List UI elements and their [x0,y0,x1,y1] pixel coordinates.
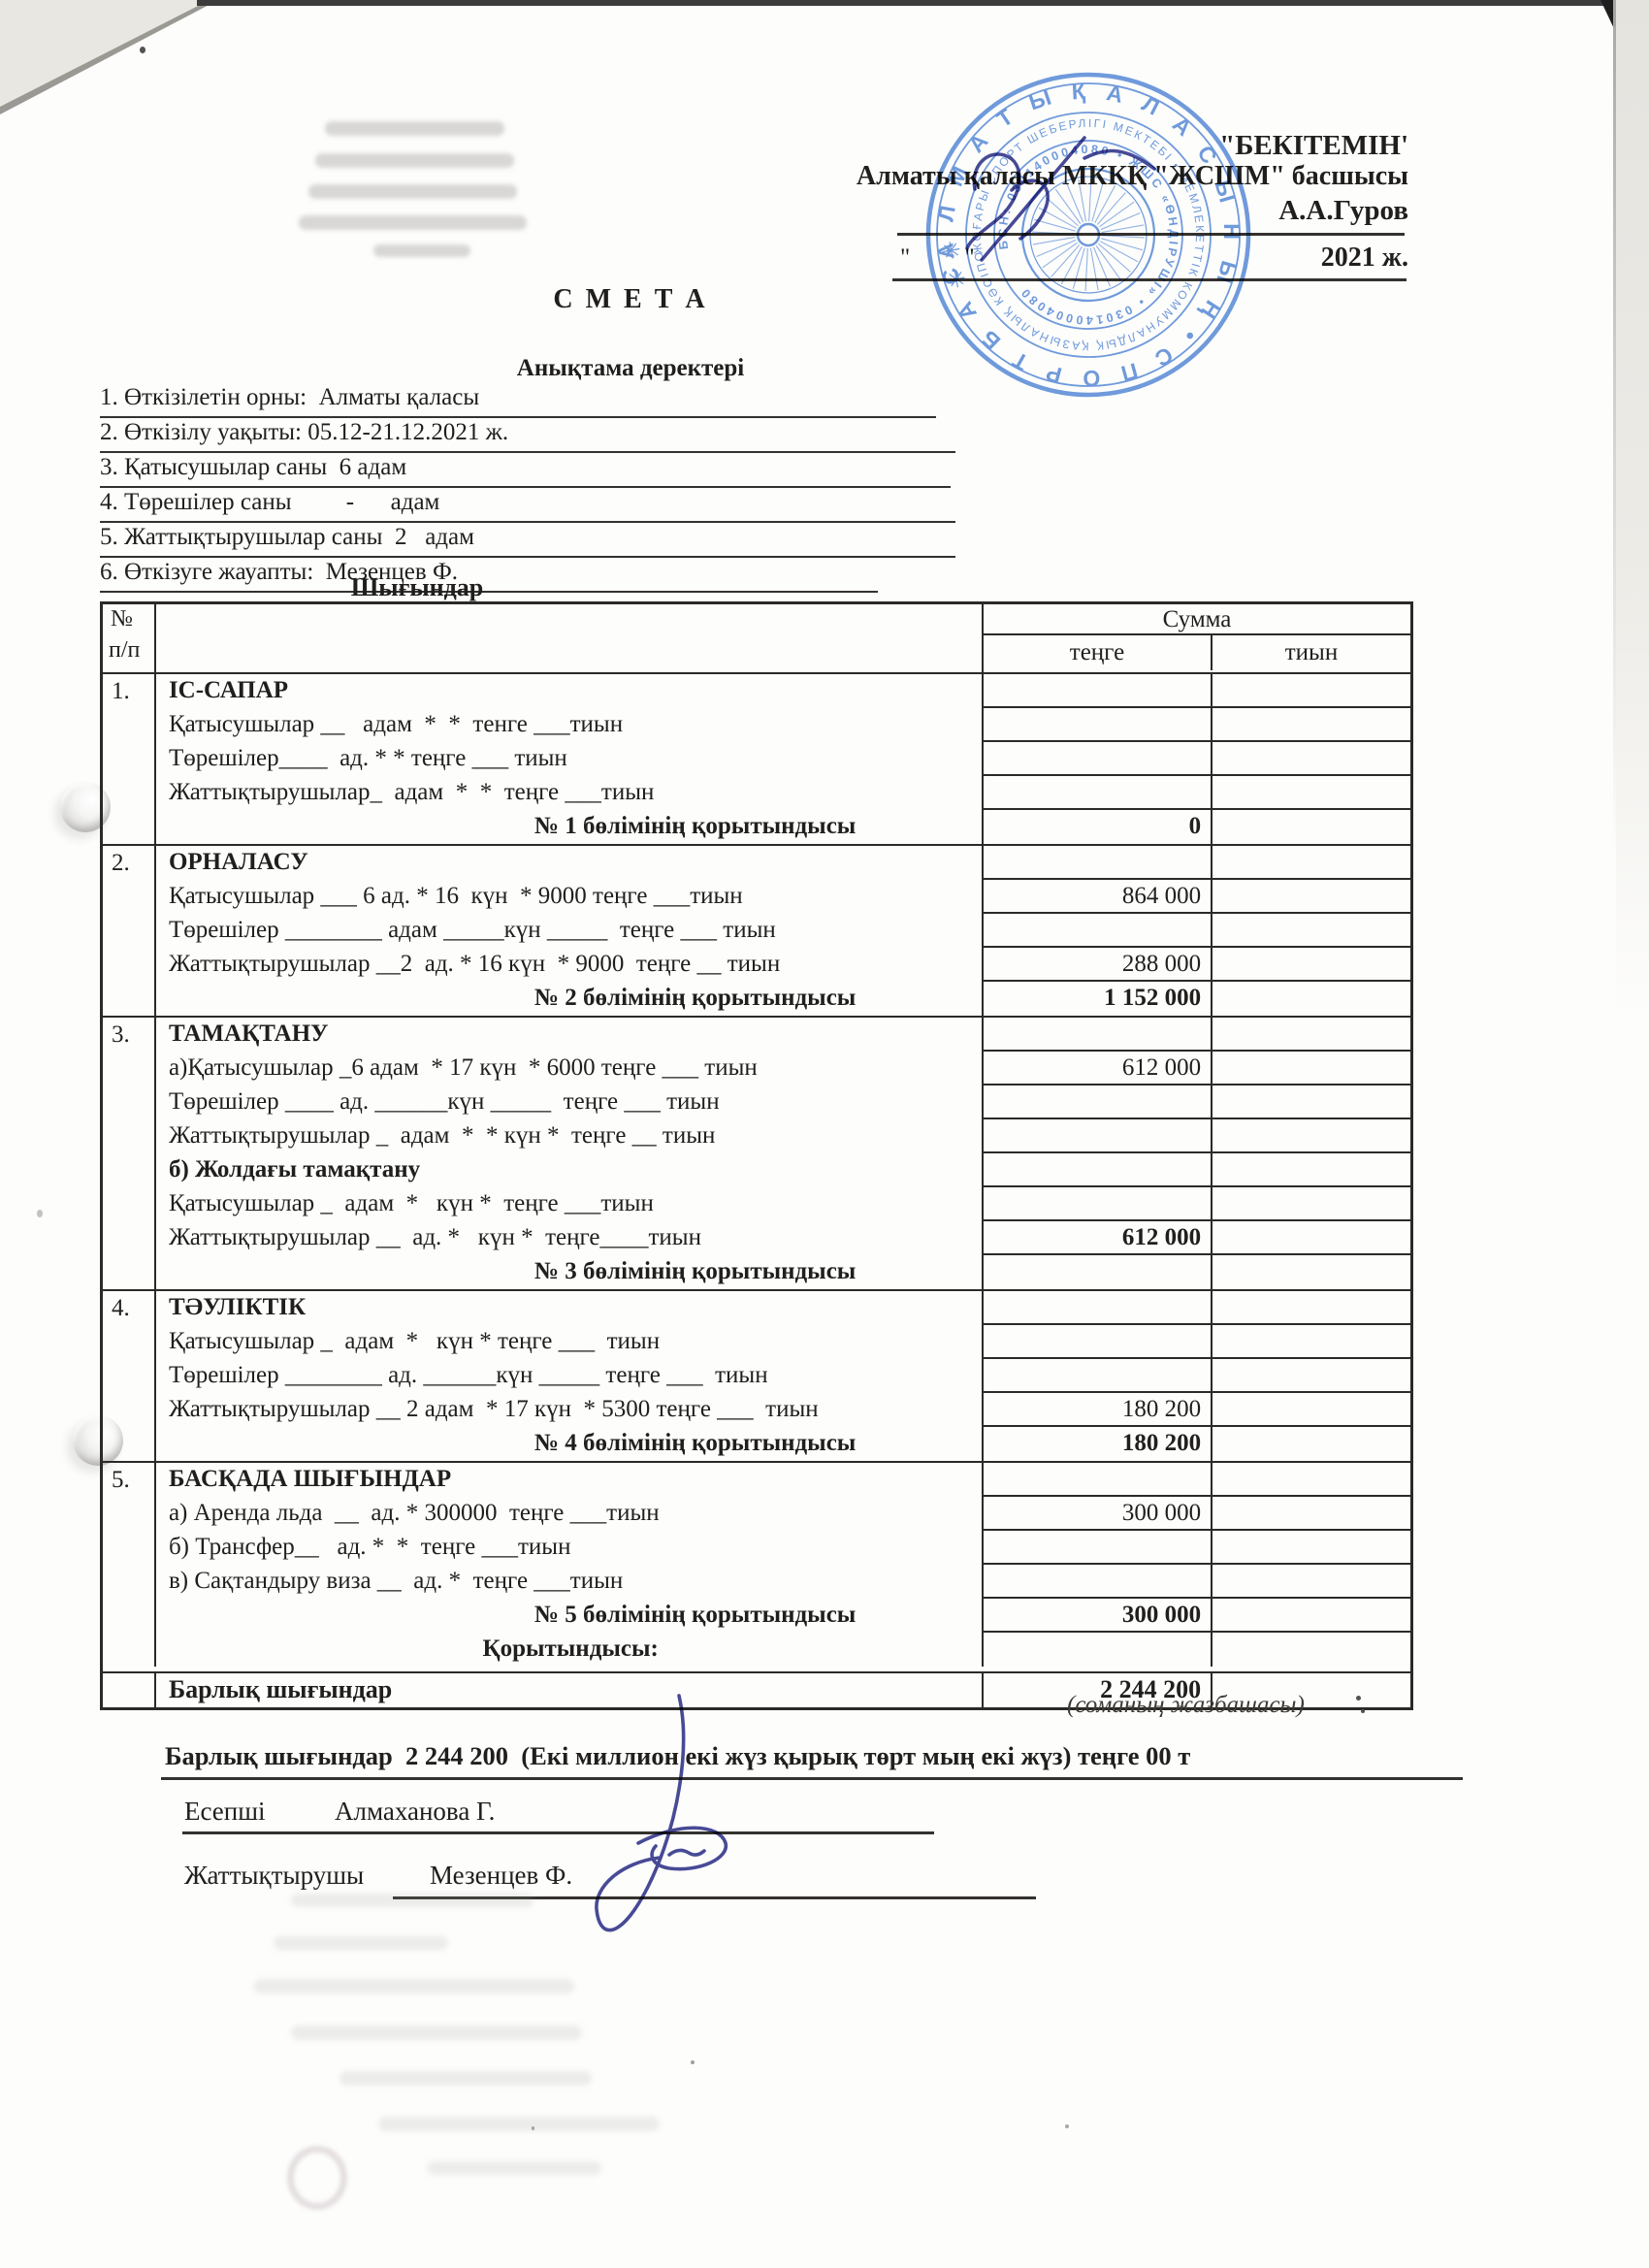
amount-tenge: 864 000 [984,880,1211,914]
amount-tiyn [1212,1359,1410,1393]
amount-tiyn [1212,1497,1410,1531]
amount-tenge [984,1565,1211,1599]
amount-tiyn [1212,1221,1410,1255]
bleed-through-artifact [373,244,470,257]
reference-item: 4. Төрешілер саны - адам [100,488,955,523]
section-tenge-cell: 0 [984,674,1212,844]
section-number: 3. [103,1018,156,1289]
expense-line: № 5 бөлімінің қорытындысы [156,1599,982,1633]
bleed-through-artifact [254,1979,574,1993]
amount-tenge [984,1463,1211,1497]
bleed-through-artifact [427,2161,601,2175]
expense-line: Жаттықтырушылар_ адам * * теңге ___тиын [156,776,982,810]
section-number-text: 1. [103,674,154,705]
section-tenge-cell: 180 200180 200 [984,1291,1212,1461]
scanner-edge-bar [197,0,1605,6]
section-number: 5. [103,1463,156,1667]
amount-tiyn [1212,1599,1410,1633]
amount-tenge [984,742,1211,776]
expenses-heading: Шығындар [330,573,504,602]
amount-tiyn [1212,708,1410,742]
reference-item: 3. Қатысушылар саны 6 адам [100,453,951,488]
amount-tiyn [1212,948,1410,982]
table-section: 3.ТАМАҚТАНУа)Қатысушылар _6 адам * 17 кү… [103,1018,1410,1291]
scanned-document-page: "БЕКІТЕМІН' Алматы қаласы МККҚ "ЖСШМ" ба… [0,0,1649,2268]
amount-tenge: 288 000 [984,948,1211,982]
amount-tenge [984,1325,1211,1359]
reference-heading: Анықтама деректері [466,355,795,382]
amount-tiyn [1212,1291,1410,1325]
amount-tenge [984,1153,1211,1187]
trainer-label: Жаттықтырушы [184,1861,364,1891]
expense-line: № 2 бөлімінің қорытындысы [156,982,982,1016]
expense-line: Қатысушылар _ адам * күн * теңге ___ тиы… [156,1325,982,1359]
expense-line: БАСҚАДА ШЫҒЫНДАР [156,1463,982,1497]
expense-line: № 1 бөлімінің қорытындысы [156,810,982,844]
footer-total-underline [161,1777,1463,1780]
table-section: 5.БАСҚАДА ШЫҒЫНДАРа) Аренда льда __ ад. … [103,1463,1410,1667]
amount-tenge [984,1633,1211,1667]
amount-tenge: 1 152 000 [984,982,1211,1016]
section-description-cell: ІС-САПАРҚатысушылар __ адам * * тенге __… [156,674,984,844]
expense-line: а)Қатысушылар _6 адам * 17 күн * 6000 те… [156,1052,982,1085]
expense-line: № 4 бөлімінің қорытындысы [156,1427,982,1461]
amount-tenge: 300 000 [984,1497,1211,1531]
bleed-through-artifact [274,1936,448,1950]
ink-dot [1361,1709,1365,1713]
amount-tiyn [1212,914,1410,948]
amount-tiyn [1212,810,1410,844]
amount-tenge: 0 [984,810,1211,844]
section-number: 4. [103,1291,156,1461]
section-tiyn-cell [1212,846,1410,1016]
amount-tiyn [1212,1255,1410,1289]
expense-line: в) Сақтандыру виза __ ад. * теңге ___тиы… [156,1565,982,1599]
bleed-through-artifact [325,121,504,136]
reference-item: 5. Жаттықтырушылар саны 2 адам [100,523,955,558]
expense-line: Қатысушылар __ адам * * тенге ___тиын [156,708,982,742]
expense-line: № 3 бөлімінің қорытындысы [156,1255,982,1289]
total-number-cell [103,1673,156,1707]
expense-line: Жаттықтырушылар __2 ад. * 16 күн * 9000 … [156,948,982,982]
expense-line: ТӘУЛІКТІК [156,1291,982,1325]
paper-right-edge [1613,0,1616,854]
table-section: 1.ІС-САПАРҚатысушылар __ адам * * тенге … [103,674,1410,846]
expense-line: Төрешілер ____ ад. ______күн _____ теңге… [156,1085,982,1119]
section-tenge-cell: 612 000612 000 [984,1018,1212,1289]
reference-list: 1. Өткізілетін орны: Алматы қаласы2. Өтк… [100,383,955,593]
section-number: 2. [103,846,156,1016]
section-tiyn-cell [1212,1463,1410,1667]
bleed-through-artifact [291,2025,582,2040]
section-description-cell: ТӘУЛІКТІКҚатысушылар _ адам * күн * теңг… [156,1291,984,1461]
section-number-text: 5. [103,1463,154,1494]
table-section: 4.ТӘУЛІКТІКҚатысушылар _ адам * күн * те… [103,1291,1410,1463]
amount-tiyn [1212,742,1410,776]
dust-speck [140,47,145,53]
expenses-table-body: 1.ІС-САПАРҚатысушылар __ адам * * тенге … [103,674,1410,1667]
col-no-pp: п/п [103,635,154,664]
col-tenge-label: теңге [984,635,1212,670]
section-description-cell: БАСҚАДА ШЫҒЫНДАРа) Аренда льда __ ад. * … [156,1463,984,1667]
amount-tiyn [1212,982,1410,1016]
amount-tenge [984,1119,1211,1153]
expense-line: Жаттықтырушылар __ 2 адам * 17 күн * 530… [156,1393,982,1427]
table-section: 2.ОРНАЛАСУҚатысушылар ___ 6 ад. * 16 күн… [103,846,1410,1018]
ink-dot [1356,1696,1361,1701]
section-tiyn-cell [1212,1291,1410,1461]
amount-tiyn [1212,1018,1410,1052]
expense-line: б) Трансфер__ ад. * * теңге ___тиын [156,1531,982,1565]
section-number-text: 4. [103,1291,154,1322]
amount-tiyn [1212,776,1410,810]
expense-line: б) Жолдағы тамақтану [156,1153,982,1187]
amount-tiyn [1212,1393,1410,1427]
bleed-through-artifact [299,215,527,230]
amount-tenge [984,708,1211,742]
accountant-label: Есепші [184,1797,266,1827]
expense-line: а) Аренда льда __ ад. * 300000 теңге ___… [156,1497,982,1531]
amount-tenge [984,846,1211,880]
amount-tiyn [1212,1531,1410,1565]
amount-tiyn [1212,1052,1410,1085]
section-number-text: 2. [103,846,154,877]
bleed-through-artifact [315,153,514,168]
expense-line: ТАМАҚТАНУ [156,1018,982,1052]
amount-tenge [984,914,1211,948]
director-signature [921,116,1203,281]
bleed-through-artifact [308,184,517,199]
amount-tiyn [1212,1633,1410,1667]
expense-line: Қатысушылар ___ 6 ад. * 16 күн * 9000 те… [156,880,982,914]
amount-tiyn [1212,1565,1410,1599]
ink-smudge-ring [287,2146,347,2210]
table-header: № п/п Сумма теңге тиын [103,604,1410,674]
amount-tenge [984,1359,1211,1393]
col-tiyn-label: тиын [1212,635,1410,670]
expense-line: Төрешілер ________ ад. ______күн _____ т… [156,1359,982,1393]
section-number: 1. [103,674,156,844]
dust-speck [37,1210,43,1217]
dust-speck [532,2126,534,2130]
amount-tenge [984,1531,1211,1565]
bleed-through-artifact [339,2071,592,2086]
amount-tenge [984,1291,1211,1325]
written-amount-note: (соманың жазбашасы) [1067,1692,1305,1719]
expense-line: Қорытындысы: [156,1633,982,1667]
reference-item: 1. Өткізілетін орны: Алматы қаласы [100,383,936,418]
section-description-cell: ТАМАҚТАНУа)Қатысушылар _6 адам * 17 күн … [156,1018,984,1289]
expense-line: Төрешілер____ ад. * * теңге ___ тиын [156,742,982,776]
bleed-through-artifact [291,1894,533,1907]
amount-tiyn [1212,1085,1410,1119]
amount-tiyn [1212,1119,1410,1153]
amount-tenge: 612 000 [984,1221,1211,1255]
amount-tenge [984,674,1211,708]
reference-item: 2. Өткізілу уақыты: 05.12-21.12.2021 ж. [100,418,955,453]
col-sum-label: Сумма [984,604,1410,635]
accountant-name: Алмаханова Г. [335,1797,495,1827]
col-header-description [156,604,984,672]
amount-tiyn [1212,846,1410,880]
expense-line: ІС-САПАР [156,674,982,708]
amount-tenge [984,1085,1211,1119]
amount-tenge: 180 200 [984,1427,1211,1461]
col-no-symbol: № [103,604,154,635]
expenses-table: № п/п Сумма теңге тиын 1.ІС-САПАРҚатысуш… [100,601,1413,1710]
expense-line: Қатысушылар _ адам * күн * теңге ___тиын [156,1187,982,1221]
col-header-sum: Сумма теңге тиын [984,604,1410,672]
amount-tiyn [1212,674,1410,708]
amount-tenge [984,776,1211,810]
amount-tiyn [1212,1427,1410,1461]
amount-tenge: 300 000 [984,1599,1211,1633]
dust-speck [691,2060,695,2064]
section-description-cell: ОРНАЛАСУҚатысушылар ___ 6 ад. * 16 күн *… [156,846,984,1016]
document-title: С М Е Т А [485,284,776,315]
bleed-through-artifact [378,2117,660,2131]
section-tiyn-cell [1212,1018,1410,1289]
expense-line: Жаттықтырушылар __ ад. * күн * теңге____… [156,1221,982,1255]
amount-tiyn [1212,1463,1410,1497]
amount-tenge [984,1255,1211,1289]
expense-line: ОРНАЛАСУ [156,846,982,880]
amount-tenge: 612 000 [984,1052,1211,1085]
scanner-right-margin [1616,0,1649,1019]
amount-tenge [984,1018,1211,1052]
amount-tenge [984,1187,1211,1221]
amount-tiyn [1212,1325,1410,1359]
amount-tiyn [1212,880,1410,914]
amount-tiyn [1212,1187,1410,1221]
expense-line: Төрешілер ________ адам _____күн _____ т… [156,914,982,948]
trainer-signature [543,1678,795,1960]
amount-tenge: 180 200 [984,1393,1211,1427]
section-tenge-cell: 864 000288 0001 152 000 [984,846,1212,1016]
expense-line: Жаттықтырушылар _ адам * * күн * теңге _… [156,1119,982,1153]
dust-speck [1065,2124,1069,2128]
section-number-text: 3. [103,1018,154,1049]
section-tenge-cell: 300 000300 000 [984,1463,1212,1667]
col-header-number: № п/п [103,604,156,672]
section-tiyn-cell [1212,674,1410,844]
amount-tiyn [1212,1153,1410,1187]
